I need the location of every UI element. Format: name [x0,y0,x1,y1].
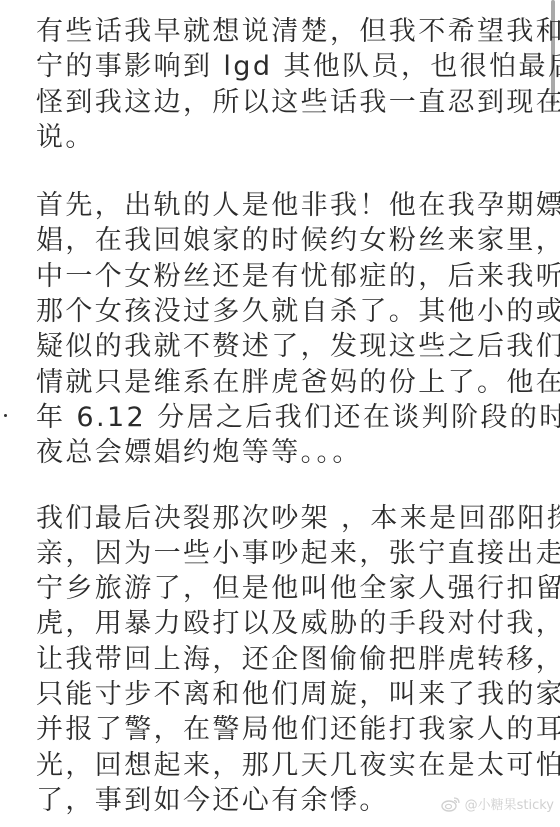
text-line: 宁的事影响到 lgd 其他队员，也很怕最后输了 [36,49,506,84]
text-line: 怪到我这边，所以这些话我一直忍到现在才 [36,85,506,120]
text-line: 光，回想起来，那几天几夜实在是太可怕 [36,748,506,783]
text-line: 宁乡旅游了，但是他叫他全家人强行扣留胖 [36,571,506,606]
text-line: 让我带回上海，还企图偷偷把胖虎转移，我 [36,642,506,677]
text-line: 那个女孩没过多久就自杀了。其他小的或者 [36,294,506,329]
document-body: 有些话我早就想说清楚，但我不希望我和张 宁的事影响到 lgd 其他队员，也很怕最… [36,14,506,818]
text-line: 中一个女粉丝还是有忧郁症的，后来我听说 [36,259,506,294]
paragraph-3: 我们最后决裂那次吵架 ，本来是回邵阳探 亲，因为一些小事吵起来，张宁直接出走去 … [36,501,506,819]
text-line: 虎，用暴力殴打以及威胁的手段对付我，不 [36,606,506,641]
stray-dot [4,414,7,417]
text-line: 说。 [36,120,506,155]
text-line: 只能寸步不离和他们周旋，叫来了我的家人 [36,677,506,712]
watermark-text: @小糖果sticky [465,794,554,813]
paragraph-1: 有些话我早就想说清楚，但我不希望我和张 宁的事影响到 lgd 其他队员，也很怕最… [36,14,506,155]
watermark: @小糖果sticky [441,794,554,813]
text-line: 年 6.12 分居之后我们还在谈判阶段的时候， [36,400,506,435]
text-line: 我们最后决裂那次吵架 ，本来是回邵阳探 [36,501,506,536]
text-line: 亲，因为一些小事吵起来，张宁直接出走去 [36,536,506,571]
paragraph-2: 首先，出轨的人是他非我！他在我孕期嫖 娼，在我回娘家的时候约女粉丝来家里，其 中… [36,188,506,470]
text-line: 疑似的我就不赘述了，发现这些之后我们感 [36,329,506,364]
text-line: 首先，出轨的人是他非我！他在我孕期嫖 [36,188,506,223]
text-line: 有些话我早就想说清楚，但我不希望我和张 [36,14,506,49]
text-line: 情就只是维系在胖虎爸妈的份上了。他在去 [36,365,506,400]
weibo-icon [441,796,461,812]
text-line: 夜总会嫖娼约炮等等。。。 [36,435,506,470]
text-line: 娼，在我回娘家的时候约女粉丝来家里，其 [36,223,506,258]
text-line: 了，事到如今还心有余悸。 [36,783,506,818]
text-line: 并报了警，在警局他们还能打我家人的耳 [36,712,506,747]
paragraph-gap [36,471,506,501]
paragraph-gap [36,155,506,188]
